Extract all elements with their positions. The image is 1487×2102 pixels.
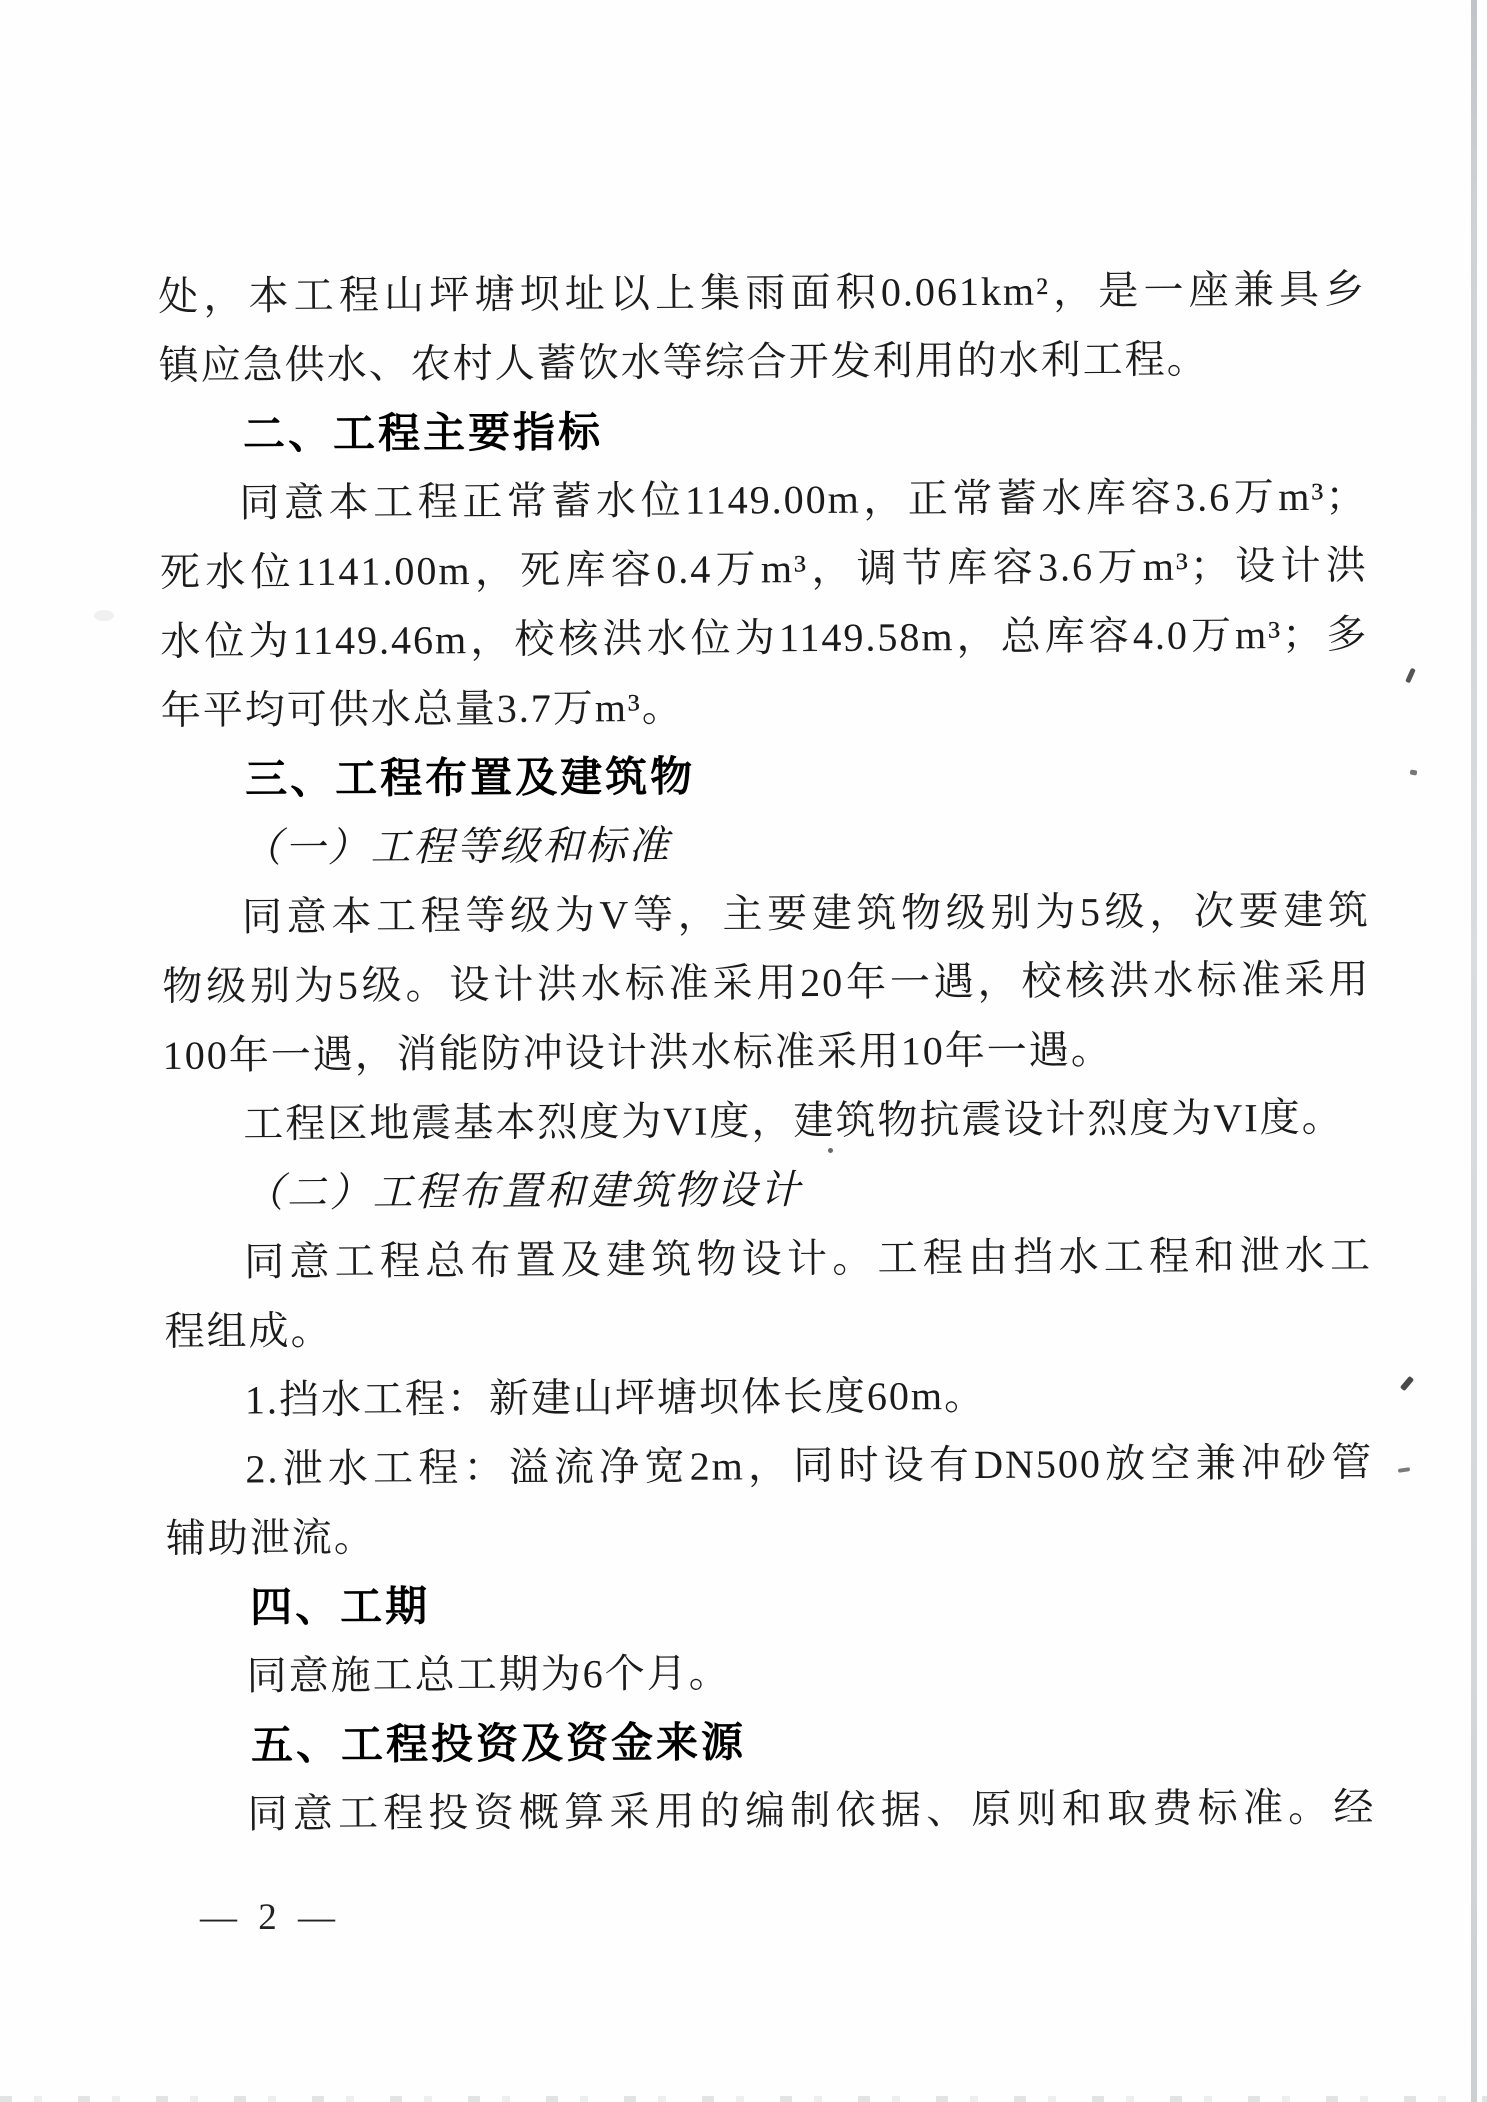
text-line: 同意本工程正常蓄水位1149.00m，正常蓄水库容3.6万m³； bbox=[159, 462, 1367, 538]
text-line: 同意工程投资概算采用的编制依据、原则和取费标准。经 bbox=[167, 1773, 1375, 1849]
scan-speck bbox=[1410, 769, 1418, 775]
text-line: 同意工程总布置及建筑物设计。工程由挡水工程和泄水工 bbox=[164, 1221, 1372, 1297]
scan-bottom-noise bbox=[0, 2096, 1487, 2102]
sub-heading: （二）工程布置和建筑物设计 bbox=[163, 1152, 1371, 1228]
text-line: 同意施工总工期为6个月。 bbox=[166, 1635, 1374, 1711]
document-body: 处，本工程山坪塘坝址以上集雨面积0.061km²，是一座兼具乡 镇应急供水、农村… bbox=[158, 255, 1376, 1849]
text-line: 死水位1141.00m，死库容0.4万m³，调节库容3.6万m³；设计洪 bbox=[160, 531, 1368, 607]
text-line: 镇应急供水、农村人蓄饮水等综合开发利用的水利工程。 bbox=[158, 324, 1366, 400]
scan-smudge bbox=[94, 610, 114, 621]
text-line: 水位为1149.46m，校核洪水位为1149.58m，总库容4.0万m³；多 bbox=[160, 600, 1368, 676]
scan-speck bbox=[1405, 668, 1416, 684]
text-line: 2.泄水工程：溢流净宽2m，同时设有DN500放空兼冲砂管 bbox=[165, 1428, 1373, 1504]
scan-edge-shadow bbox=[1471, 0, 1477, 2102]
scan-speck bbox=[1398, 1467, 1410, 1473]
section-heading: 四、工期 bbox=[166, 1566, 1374, 1642]
text-line: 处，本工程山坪塘坝址以上集雨面积0.061km²，是一座兼具乡 bbox=[158, 255, 1366, 331]
section-heading: 二、工程主要指标 bbox=[159, 393, 1367, 469]
scan-speck bbox=[828, 1148, 833, 1153]
section-heading: 五、工程投资及资金来源 bbox=[167, 1704, 1375, 1780]
text-line: 程组成。 bbox=[164, 1290, 1372, 1366]
page-number: — 2 — bbox=[200, 1896, 341, 1939]
text-line: 辅助泄流。 bbox=[166, 1497, 1374, 1573]
text-line: 年平均可供水总量3.7万m³。 bbox=[161, 669, 1369, 745]
text-line: 物级别为5级。设计洪水标准采用20年一遇，校核洪水标准采用 bbox=[162, 945, 1370, 1021]
sub-heading: （一）工程等级和标准 bbox=[161, 807, 1369, 883]
scanned-document-page: 处，本工程山坪塘坝址以上集雨面积0.061km²，是一座兼具乡 镇应急供水、农村… bbox=[0, 0, 1487, 2102]
scan-speck bbox=[1400, 1376, 1414, 1391]
text-line: 100年一遇，消能防冲设计洪水标准采用10年一遇。 bbox=[163, 1014, 1371, 1090]
text-line: 工程区地震基本烈度为VI度，建筑物抗震设计烈度为VI度。 bbox=[163, 1083, 1371, 1159]
text-line: 同意本工程等级为V等，主要建筑物级别为5级，次要建筑 bbox=[162, 876, 1370, 952]
text-line: 1.挡水工程：新建山坪塘坝体长度60m。 bbox=[165, 1359, 1373, 1435]
section-heading: 三、工程布置及建筑物 bbox=[161, 738, 1369, 814]
